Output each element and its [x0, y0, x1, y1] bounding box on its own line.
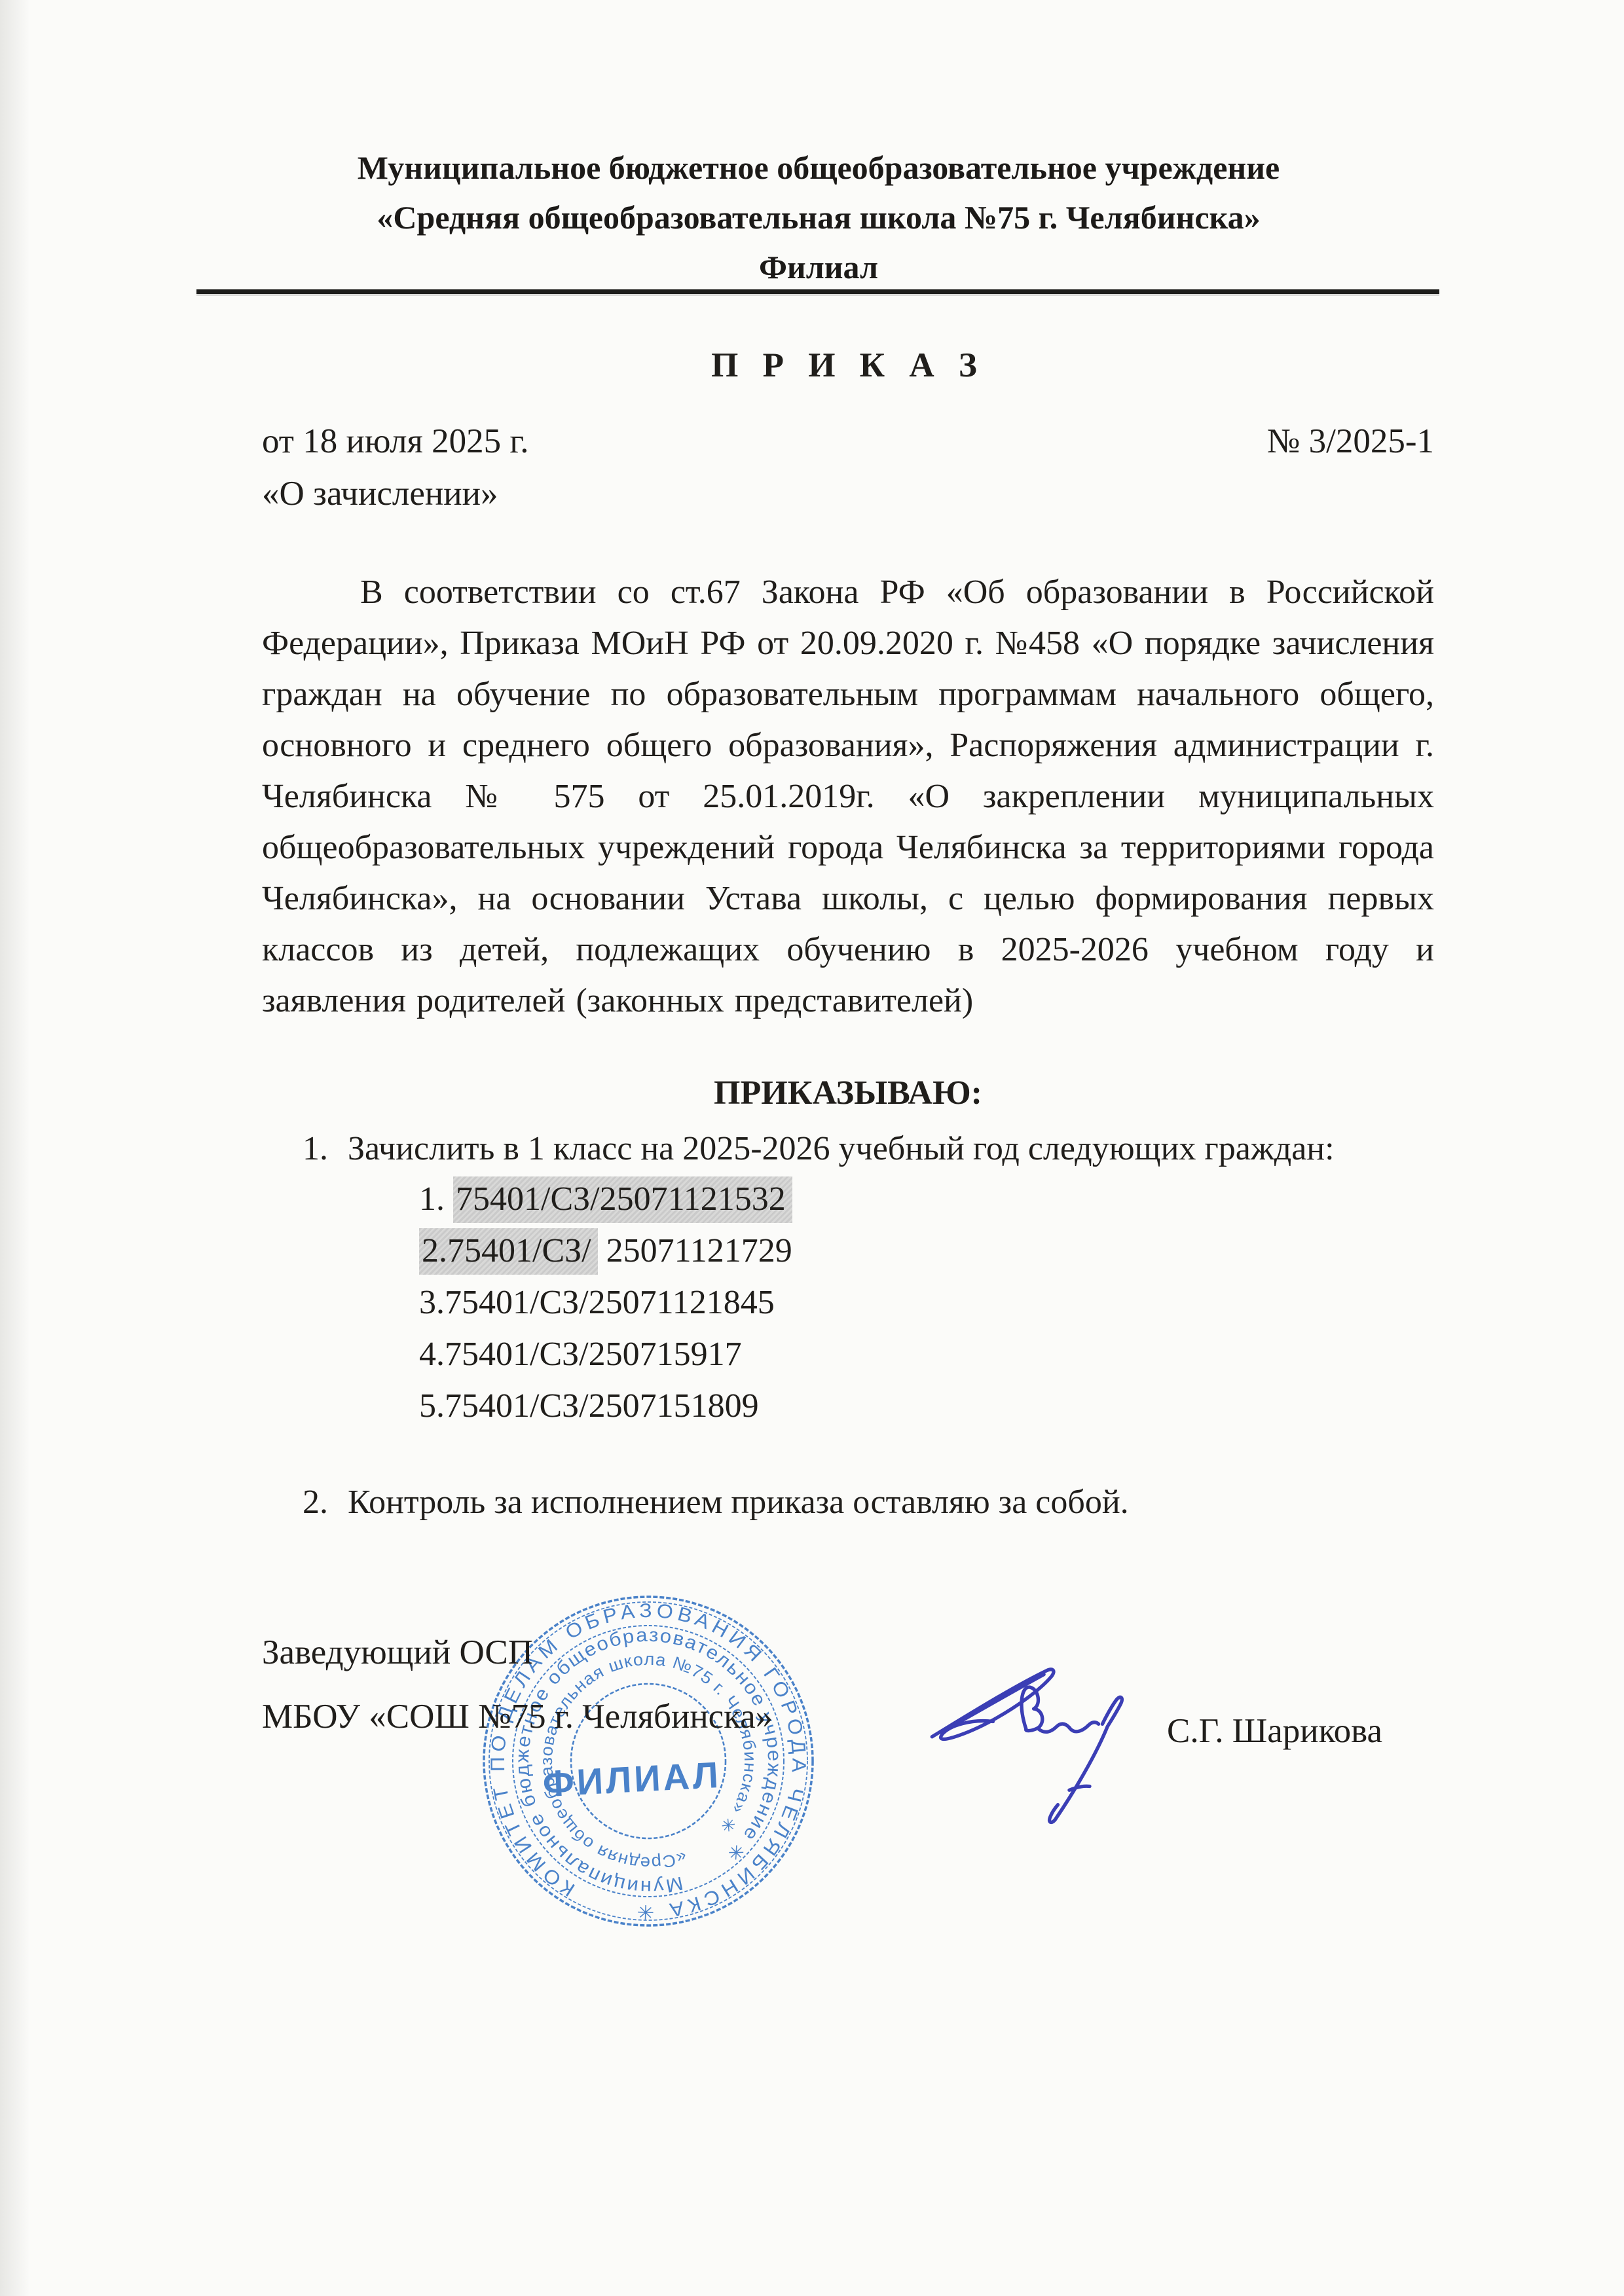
item-1-number: 1. — [303, 1123, 328, 1175]
signature-ink — [917, 1647, 1133, 1840]
code-prefix: 1. — [419, 1180, 453, 1218]
organization-branch-line: Филиал — [196, 242, 1441, 292]
order-item-2: 2. Контроль за исполнением приказа остав… — [303, 1477, 1129, 1528]
stamp-center-text: ФИЛИАЛ — [542, 1754, 722, 1804]
organization-name-line2: «Средняя общеобразовательная школа №75 г… — [196, 192, 1441, 242]
enrollment-code-list: 1. 75401/СЗ/25071121532 2.75401/СЗ/ 2507… — [419, 1173, 1336, 1432]
enrollment-code-row: 4.75401/СЗ/250715917 — [419, 1328, 1336, 1380]
order-subject: «О зачислении» — [262, 474, 498, 513]
item-2-text: Контроль за исполнением приказа оставляю… — [348, 1477, 1129, 1528]
signer-position-line1: Заведующий ОСП — [262, 1633, 533, 1672]
letterhead-divider-line — [196, 289, 1439, 294]
enrollment-code-row: 1. 75401/СЗ/25071121532 — [419, 1173, 1336, 1225]
order-item-1: 1. Зачислить в 1 класс на 2025-2026 учеб… — [303, 1123, 1335, 1175]
code-prefix: 4.75401/СЗ/250715917 — [419, 1336, 742, 1373]
document-title: П Р И К А З — [262, 346, 1434, 385]
order-meta-row: от 18 июля 2025 г. № 3/2025-1 — [262, 422, 1434, 461]
letterhead: Муниципальное бюджетное общеобразователь… — [196, 143, 1441, 292]
code-prefix: 5.75401/СЗ/2507151809 — [419, 1387, 759, 1425]
enrollment-code-row: 5.75401/СЗ/2507151809 — [419, 1380, 1336, 1432]
signer-name: С.Г. Шарикова — [1167, 1711, 1382, 1751]
code-prefix: 3.75401/СЗ/25071121845 — [419, 1284, 775, 1321]
resolution-heading: ПРИКАЗЫВАЮ: — [262, 1074, 1434, 1112]
order-preamble: В соответствии со ст.67 Закона РФ «Об об… — [262, 567, 1434, 1027]
handwritten-signature — [917, 1647, 1133, 1840]
item-1-text: Зачислить в 1 класс на 2025-2026 учебный… — [348, 1123, 1335, 1175]
enrollment-code-row: 2.75401/СЗ/ 25071121729 — [419, 1225, 1336, 1277]
scan-edge-shadow — [0, 0, 30, 2296]
code-highlighted: 2.75401/СЗ/ — [419, 1228, 598, 1275]
order-date: от 18 июля 2025 г. — [262, 422, 528, 461]
signer-position-line2: МБОУ «СОШ №75 г. Челябинска» — [262, 1697, 773, 1736]
scanned-order-page: Муниципальное бюджетное общеобразователь… — [0, 0, 1624, 2296]
code-suffix: 25071121729 — [598, 1232, 792, 1269]
item-2-number: 2. — [303, 1477, 328, 1528]
code-highlighted: 75401/СЗ/25071121532 — [453, 1176, 792, 1223]
order-number: № 3/2025-1 — [1267, 422, 1434, 461]
organization-name-line1: Муниципальное бюджетное общеобразователь… — [196, 143, 1441, 192]
enrollment-code-row: 3.75401/СЗ/25071121845 — [419, 1277, 1336, 1328]
